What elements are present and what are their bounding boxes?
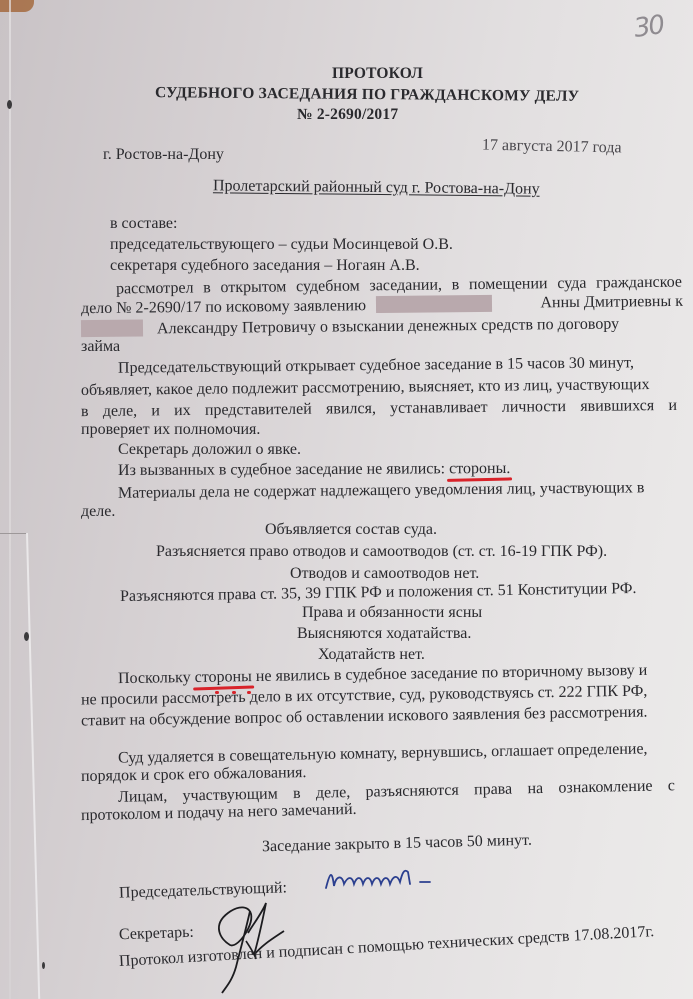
redacted-plaintiff-surname bbox=[376, 295, 492, 313]
date: 17 августа 2017 года bbox=[482, 137, 622, 158]
staple-hole bbox=[7, 100, 12, 109]
opening-line: в деле, и их представителей явился, уста… bbox=[81, 397, 677, 421]
court-name: Пролетарский районный суд г. Ростова-на-… bbox=[213, 177, 540, 198]
page-crease bbox=[26, 533, 40, 999]
staple-hole bbox=[42, 962, 45, 969]
session-closed: Заседание закрыто в 15 часов 50 минут. bbox=[262, 832, 532, 857]
opening-line: объявляет, какое дело подлежит рассмотре… bbox=[81, 376, 650, 400]
underlying-page-edge bbox=[0, 533, 27, 534]
secretary-signature-label: Секретарь: bbox=[119, 924, 194, 945]
folder-tab bbox=[0, 0, 34, 12]
page-number: 30 bbox=[632, 10, 665, 44]
procedure-line: Ходатайств нет. bbox=[318, 646, 425, 664]
opening-line: Председательствующий открывает судебное … bbox=[118, 354, 634, 377]
case-number: № 2-2690/2017 bbox=[297, 106, 398, 124]
case-desc-line: займа bbox=[81, 338, 120, 356]
attendance-report: Секретарь доложил о явке. bbox=[118, 441, 301, 459]
court-secretary: секретаря судебного заседания – Ногаян А… bbox=[110, 257, 420, 275]
doc-subtitle: СУДЕБНОГО ЗАСЕДАНИЯ ПО ГРАЖДАНСКОМУ ДЕЛУ bbox=[155, 84, 579, 106]
deliberation-line: порядок и срок его обжалования. bbox=[81, 764, 307, 786]
deliberation-line: Суд удаляется в совещательную комнату, в… bbox=[118, 740, 648, 767]
notice-line: Материалы дела не содержат надлежащего у… bbox=[118, 479, 645, 503]
staple-hole bbox=[24, 632, 29, 641]
procedure-line: Отводов и самоотводов нет. bbox=[290, 565, 479, 583]
case-desc-line: Александру Петровичу о взыскании денежны… bbox=[81, 314, 683, 339]
procedure-line: Разъясняется право отводов и самоотводов… bbox=[156, 543, 607, 561]
city: г. Ростов-на-Дону bbox=[103, 146, 224, 164]
presiding-signature bbox=[322, 866, 462, 896]
page-fold bbox=[9, 0, 11, 999]
notice-line: деле. bbox=[81, 503, 115, 521]
highlighted-parties: стороны bbox=[195, 668, 252, 686]
composition-intro: в составе: bbox=[110, 215, 177, 233]
absent-parties-line: Из вызванных в судебное заседание не яви… bbox=[118, 460, 510, 480]
redacted-defendant-surname bbox=[81, 320, 143, 338]
opening-line: проверяет их полномочия. bbox=[81, 421, 260, 439]
doc-title: ПРОТОКОЛ bbox=[332, 65, 423, 83]
procedure-line: Разъясняются права ст. 35, 39 ГПК РФ и п… bbox=[120, 580, 637, 606]
procedure-line: Права и обязанности ясны bbox=[302, 604, 482, 622]
presiding-judge: председательствующего – судьи Мосинцевой… bbox=[110, 236, 453, 254]
procedure-line: Объявляется состав суда. bbox=[265, 521, 437, 539]
procedure-line: Выясняются ходатайства. bbox=[297, 625, 471, 643]
highlighted-parties: стороны. bbox=[449, 460, 510, 477]
